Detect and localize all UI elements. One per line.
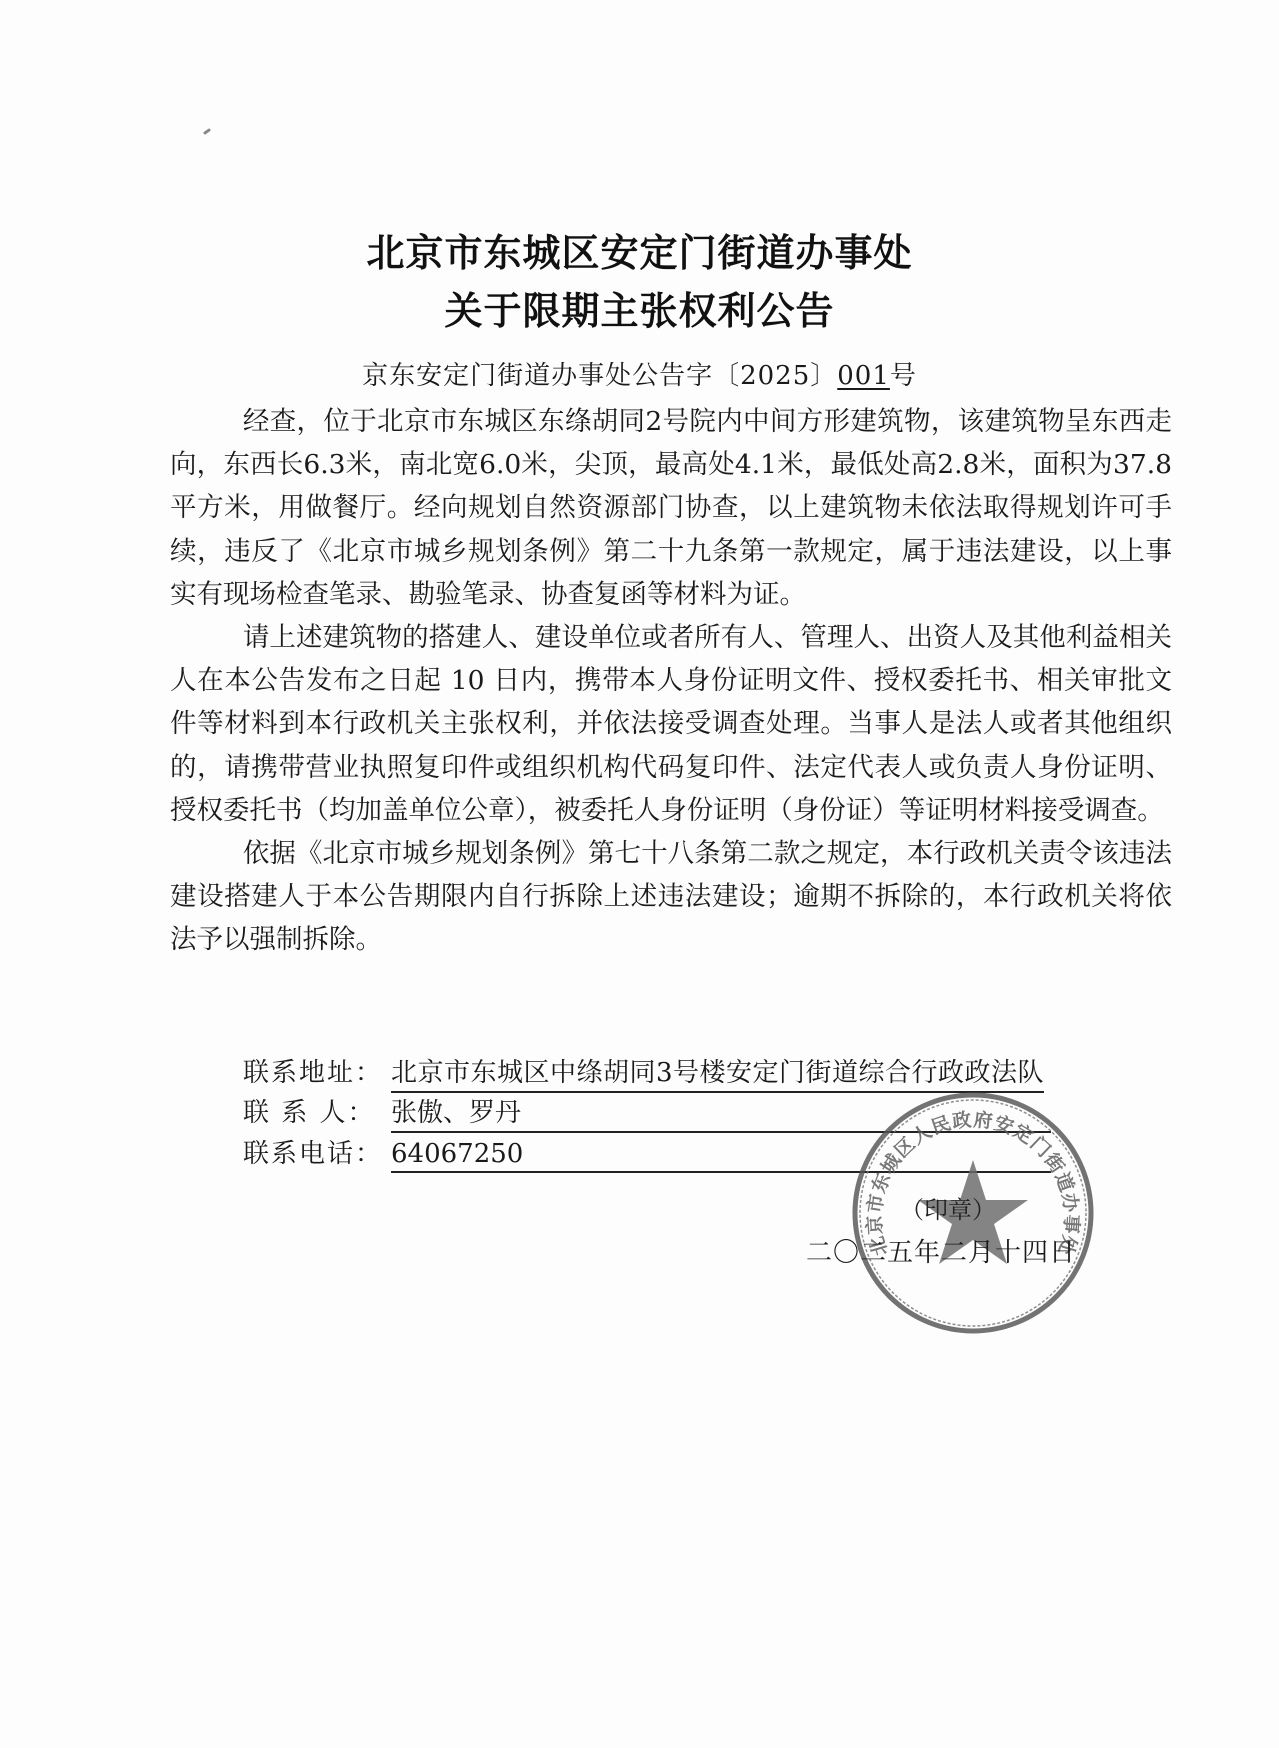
title-line-1: 北京市东城区安定门街道办事处 bbox=[0, 222, 1279, 277]
document-page: 北京市东城区安定门街道办事处 关于限期主张权利公告 京东安定门街道办事处公告字〔… bbox=[0, 0, 1279, 1748]
seal-note: （印章） bbox=[900, 1190, 996, 1225]
contact-address-label: 联系地址： bbox=[243, 1052, 391, 1089]
issue-date: 二〇二五年二月十四日 bbox=[806, 1232, 1076, 1269]
title-line-2: 关于限期主张权利公告 bbox=[0, 280, 1279, 335]
contact-person-label: 联 系 人： bbox=[243, 1092, 391, 1129]
document-number-prefix: 京东安定门街道办事处公告字〔2025〕 bbox=[362, 361, 837, 391]
paragraph-legal-basis: 依据《北京市城乡规划条例》第七十八条第二款之规定，本行政机关责令该违法建设搭建人… bbox=[170, 832, 1172, 962]
paragraph-claim-rights: 请上述建筑物的搭建人、建设单位或者所有人、管理人、出资人及其他利益相关人在本公告… bbox=[170, 616, 1172, 832]
contact-phone-label: 联系电话： bbox=[243, 1133, 391, 1170]
contact-address-value: 北京市东城区中绦胡同3号楼安定门街道综合行政政法队 bbox=[391, 1052, 1044, 1093]
document-number: 京东安定门街道办事处公告字〔2025〕001号 bbox=[0, 355, 1279, 392]
contact-address: 联系地址：北京市东城区中绦胡同3号楼安定门街道综合行政政法队 bbox=[243, 1052, 1044, 1093]
scan-mark bbox=[203, 128, 211, 135]
paragraph-findings: 经查，位于北京市东城区东绦胡同2号院内中间方形建筑物，该建筑物呈东西走向，东西长… bbox=[170, 400, 1172, 616]
document-number-serial: 001 bbox=[837, 361, 890, 391]
notice-body: 经查，位于北京市东城区东绦胡同2号院内中间方形建筑物，该建筑物呈东西走向，东西长… bbox=[170, 400, 1172, 962]
document-number-suffix: 号 bbox=[890, 361, 917, 391]
